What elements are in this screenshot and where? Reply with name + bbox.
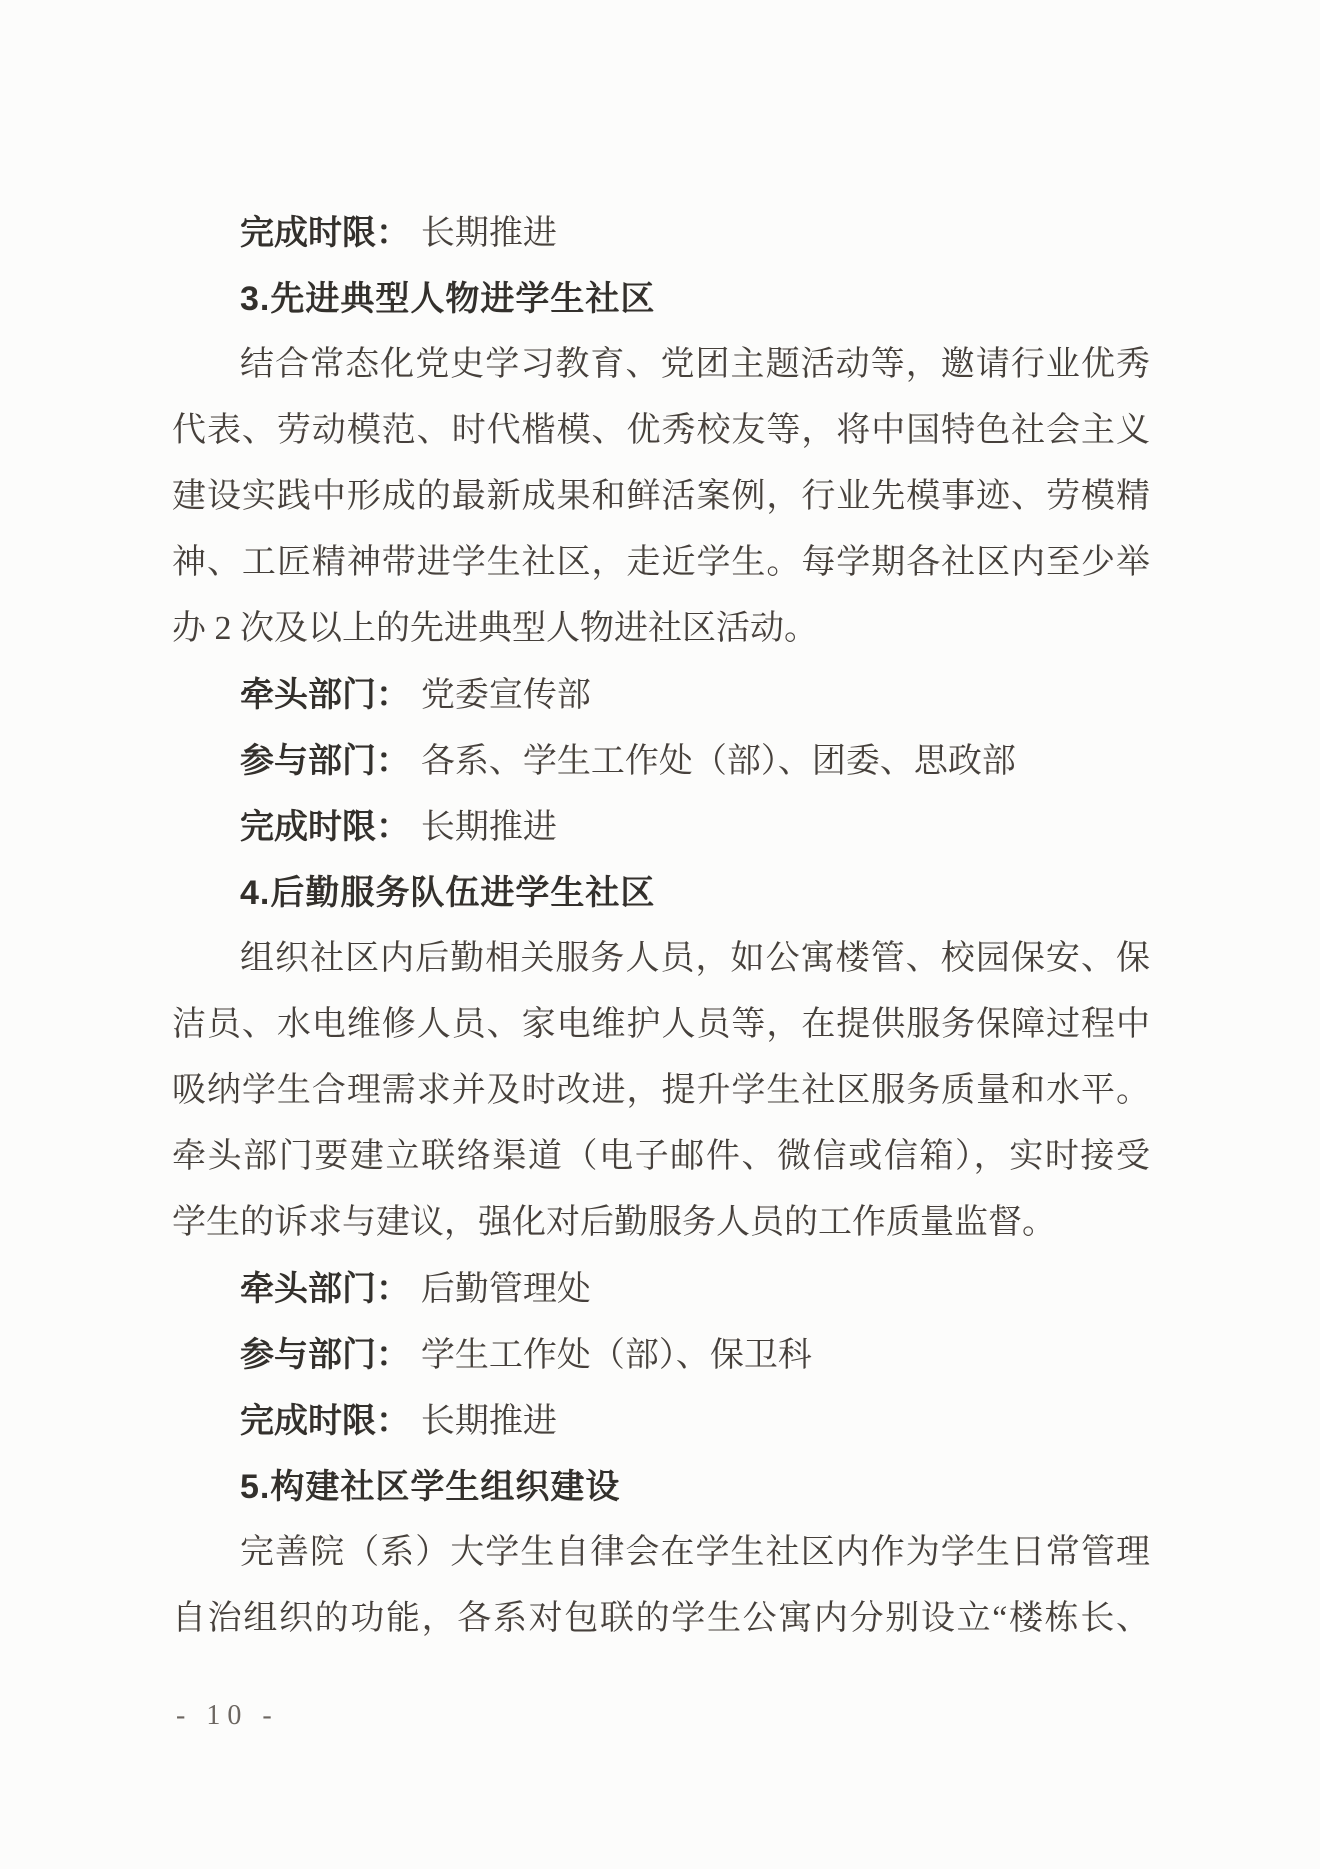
label-value: 长期推进: [421, 809, 557, 846]
label-value: 长期推进: [421, 215, 557, 252]
body-line: 代表、劳动模范、时代楷模、优秀校友等，将中国特色社会主义: [172, 398, 1150, 464]
label-value: 学生工作处（部）、保卫科: [421, 1337, 812, 1374]
section-heading: 4.后勤服务队伍进学生社区: [172, 860, 1150, 926]
label-line: 参与部门：学生工作处（部）、保卫科: [172, 1322, 1150, 1388]
label-prefix: 牵头部门：: [240, 676, 410, 714]
body-line: 结合常态化党史学习教育、党团主题活动等，邀请行业优秀: [172, 332, 1150, 398]
body-line: 神、工匠精神带进学生社区，走近学生。每学期各社区内至少举: [172, 530, 1150, 596]
label-line: 完成时限：长期推进: [172, 200, 1150, 266]
label-line: 完成时限：长期推进: [172, 794, 1150, 860]
label-value: 党委宣传部: [421, 677, 591, 714]
document-body: 完成时限：长期推进3.先进典型人物进学生社区结合常态化党史学习教育、党团主题活动…: [172, 200, 1150, 1652]
label-prefix: 参与部门：: [240, 742, 410, 780]
label-value: 各系、学生工作处（部）、团委、思政部: [421, 743, 1016, 780]
label-line: 牵头部门：党委宣传部: [172, 662, 1150, 728]
label-prefix: 参与部门：: [240, 1336, 410, 1374]
label-prefix: 完成时限：: [240, 1402, 410, 1440]
body-line: 组织社区内后勤相关服务人员，如公寓楼管、校园保安、保: [172, 926, 1150, 992]
body-line: 洁员、水电维修人员、家电维护人员等，在提供服务保障过程中: [172, 992, 1150, 1058]
label-value: 后勤管理处: [421, 1271, 591, 1308]
label-line: 参与部门：各系、学生工作处（部）、团委、思政部: [172, 728, 1150, 794]
body-line: 牵头部门要建立联络渠道（电子邮件、微信或信箱），实时接受: [172, 1124, 1150, 1190]
page-number: - 10 -: [176, 1700, 279, 1732]
label-value: 长期推进: [421, 1403, 557, 1440]
body-line: 自治组织的功能，各系对包联的学生公寓内分别设立“楼栋长、: [172, 1586, 1150, 1652]
label-line: 完成时限：长期推进: [172, 1388, 1150, 1454]
label-prefix: 完成时限：: [240, 808, 410, 846]
body-line: 建设实践中形成的最新成果和鲜活案例，行业先模事迹、劳模精: [172, 464, 1150, 530]
section-heading: 5.构建社区学生组织建设: [172, 1454, 1150, 1520]
body-line: 办 2 次及以上的先进典型人物进社区活动。: [172, 596, 1150, 662]
label-prefix: 牵头部门：: [240, 1270, 410, 1308]
section-heading: 3.先进典型人物进学生社区: [172, 266, 1150, 332]
body-line: 学生的诉求与建议，强化对后勤服务人员的工作质量监督。: [172, 1190, 1150, 1256]
body-line: 完善院（系）大学生自律会在学生社区内作为学生日常管理: [172, 1520, 1150, 1586]
label-line: 牵头部门：后勤管理处: [172, 1256, 1150, 1322]
body-line: 吸纳学生合理需求并及时改进，提升学生社区服务质量和水平。: [172, 1058, 1150, 1124]
label-prefix: 完成时限：: [240, 214, 410, 252]
document-page: 完成时限：长期推进3.先进典型人物进学生社区结合常态化党史学习教育、党团主题活动…: [0, 0, 1320, 1869]
